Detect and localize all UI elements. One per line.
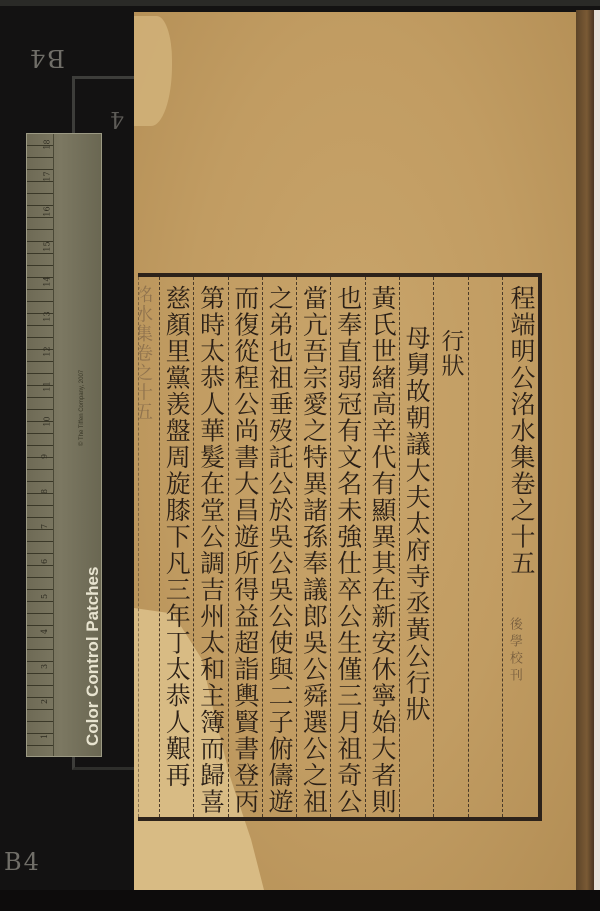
column-blank — [468, 277, 502, 817]
volume-title: 程端明公洺水集卷之十五 — [507, 285, 536, 577]
ruler-tick-9: 9 — [40, 454, 49, 459]
ruler-tick-13: 13 — [43, 311, 52, 321]
ruler-tick-8: 8 — [40, 489, 49, 494]
target-label-bottom: B4 — [4, 848, 41, 876]
ruler-tick-14: 14 — [43, 276, 52, 286]
ruler-tick-17: 17 — [43, 171, 52, 181]
top-edge — [0, 0, 600, 6]
printed-text-block: 程端明公洺水集卷之十五 後學校刊 行狀 母舅故朝議大夫太府寺丞黃公行狀 黃氏世緒… — [138, 273, 542, 821]
book-spine — [576, 10, 594, 890]
text-line: 黃氏世緒高辛代有顯異其在新安休寧始大者則公 — [365, 285, 397, 815]
color-control-strip: 1 2 3 4 5 6 7 8 9 10 11 12 13 14 15 16 1… — [26, 133, 102, 757]
column-text-5: 之弟也祖垂歿託公於吳公吳公使與二子俯儔遊已 — [262, 277, 296, 817]
bottom-edge — [0, 890, 600, 911]
ruler-tick-11: 11 — [43, 381, 52, 391]
strip-copyright: © The Tiffen Company, 2007 — [79, 370, 85, 446]
ruler-tick-15: 15 — [43, 241, 52, 251]
text-line: 之弟也祖垂歿託公於吳公吳公使與二子俯儔遊已 — [262, 285, 294, 815]
target-label-top: B4 — [28, 44, 65, 72]
ruler-tick-18: 18 — [43, 139, 52, 149]
page-edge — [594, 10, 600, 890]
strip-title: Color Control Patches — [83, 567, 102, 746]
ruler-tick-5: 5 — [40, 594, 49, 599]
ruler-tick-6: 6 — [40, 559, 49, 564]
text-line: 第時太恭人華髮在堂公調吉州太和主簿而歸喜重 — [193, 285, 225, 815]
ruler-tick-12: 12 — [43, 346, 52, 356]
target-label-middle: 4 — [108, 106, 124, 131]
text-line: 當亢吾宗愛之特異諸孫奉議郎吳公舜選公之祖妣 — [296, 285, 328, 815]
text-line: 也奉直弱冠有文名未強仕卒公生僅三月祖奇公謂 — [330, 285, 362, 815]
column-text-8: 慈顏里黨羡盤周旋膝下凡三年丁太恭人艱再 — [159, 277, 193, 817]
column-margin-note: 洺水集卷之十五 — [138, 277, 159, 817]
column-text-1: 母舅故朝議大夫太府寺丞黃公行狀 — [399, 277, 433, 817]
column-text-6: 而復從程公尚書大昌遊所得益超詣輿賢書登丙戌 — [228, 277, 262, 817]
centimeter-ruler: 1 2 3 4 5 6 7 8 9 10 11 12 13 14 15 16 1… — [27, 134, 54, 756]
margin-note: 洺水集卷之十五 — [138, 285, 153, 422]
ruler-tick-3: 3 — [40, 664, 49, 669]
section-heading: 行狀 — [438, 329, 464, 378]
text-line: 慈顏里黨羡盤周旋膝下凡三年丁太恭人艱再 — [162, 285, 191, 789]
column-text-7: 第時太恭人華髮在堂公調吉州太和主簿而歸喜重 — [193, 277, 227, 817]
ruler-tick-2: 2 — [40, 699, 49, 704]
text-columns: 程端明公洺水集卷之十五 後學校刊 行狀 母舅故朝議大夫太府寺丞黃公行狀 黃氏世緒… — [138, 277, 538, 817]
ruler-tick-1: 1 — [40, 734, 49, 739]
water-stain — [134, 16, 172, 126]
ruler-tick-10: 10 — [43, 416, 52, 426]
column-volume-title: 程端明公洺水集卷之十五 後學校刊 — [502, 277, 538, 817]
ruler-tick-7: 7 — [40, 524, 49, 529]
ruler-tick-4: 4 — [40, 629, 49, 634]
column-section-heading: 行狀 — [433, 277, 467, 817]
scan-stage: B4 4 B4 1 2 3 4 5 6 7 8 9 10 11 12 13 14… — [0, 0, 600, 911]
ruler-tick-16: 16 — [43, 206, 52, 216]
editor-credit: 後學校刊 — [507, 617, 522, 685]
column-text-2: 黃氏世緒高辛代有顯異其在新安休寧始大者則公 — [365, 277, 399, 817]
text-line: 而復從程公尚書大昌遊所得益超詣輿賢書登丙戌 — [228, 285, 260, 815]
column-text-4: 當亢吾宗愛之特異諸孫奉議郎吳公舜選公之祖妣 — [296, 277, 330, 817]
text-line: 母舅故朝議大夫太府寺丞黃公行狀 — [402, 325, 431, 723]
column-text-3: 也奉直弱冠有文名未強仕卒公生僅三月祖奇公謂 — [330, 277, 364, 817]
